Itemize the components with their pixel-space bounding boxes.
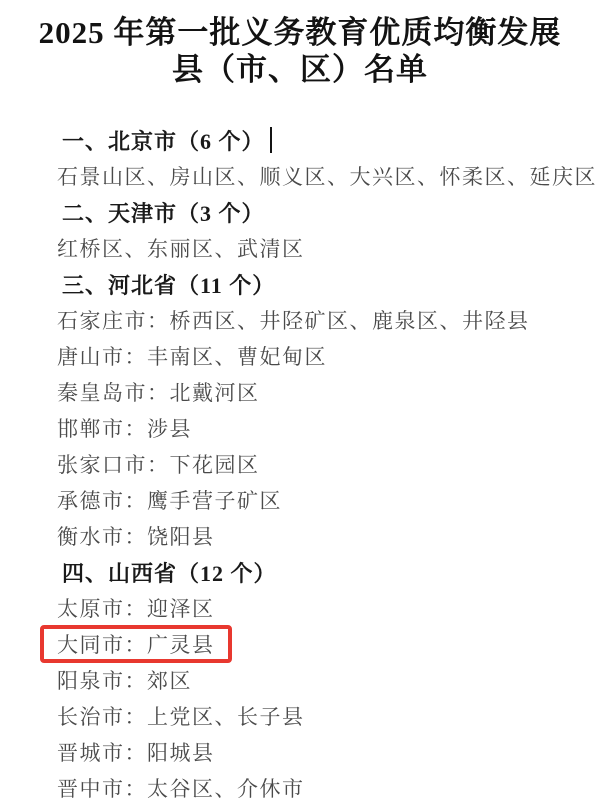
entry-jinzhong: 晋中市：太谷区、介休市 [0, 770, 600, 806]
entry-shijiazhuang: 石家庄市：桥西区、井陉矿区、鹿泉区、井陉县 [0, 302, 600, 338]
document-body: 一、北京市（6 个） 石景山区、房山区、顺义区、大兴区、怀柔区、延庆区 二、天津… [0, 122, 600, 806]
entry-qinhuangdao: 秦皇岛市：北戴河区 [0, 374, 600, 410]
entry-taiyuan: 太原市：迎泽区 [0, 590, 600, 626]
entry-yangquan: 阳泉市：郊区 [0, 662, 600, 698]
entry-text: 秦皇岛市：北戴河区 [57, 377, 260, 407]
entry-text: 唐山市：丰南区、曹妃甸区 [57, 341, 327, 371]
entry-chengde: 承德市：鹰手营子矿区 [0, 482, 600, 518]
section-heading-text: 三、河北省（11 个） [62, 269, 275, 300]
section-heading-shanxi: 四、山西省（12 个） [0, 554, 600, 590]
document-title: 2025 年第一批义务教育优质均衡发展 县（市、区）名单 [0, 14, 600, 88]
text-cursor [270, 127, 273, 153]
section-heading-text: 一、北京市（6 个） [62, 125, 265, 156]
entry-zhangjiakou: 张家口市：下花园区 [0, 446, 600, 482]
section-heading-text: 二、天津市（3 个） [62, 197, 265, 228]
section-heading-tianjin: 二、天津市（3 个） [0, 194, 600, 230]
entry-tianjin-districts: 红桥区、东丽区、武清区 [0, 230, 600, 266]
entry-text: 邯郸市：涉县 [57, 413, 192, 443]
title-line-2: 县（市、区）名单 [0, 51, 600, 88]
entry-text: 阳泉市：郊区 [57, 665, 192, 695]
entry-text: 长治市：上党区、长子县 [57, 701, 305, 731]
entry-text: 晋中市：太谷区、介休市 [57, 773, 305, 803]
entry-jincheng: 晋城市：阳城县 [0, 734, 600, 770]
entry-text: 大同市：广灵县 [57, 629, 215, 659]
entry-text: 太原市：迎泽区 [57, 593, 215, 623]
entry-text: 承德市：鹰手营子矿区 [57, 485, 282, 515]
entry-text: 衡水市：饶阳县 [57, 521, 215, 551]
entry-handan: 邯郸市：涉县 [0, 410, 600, 446]
entry-changzhi: 长治市：上党区、长子县 [0, 698, 600, 734]
document-page: 2025 年第一批义务教育优质均衡发展 县（市、区）名单 一、北京市（6 个） … [0, 0, 600, 810]
entry-text: 石景山区、房山区、顺义区、大兴区、怀柔区、延庆区 [57, 161, 597, 191]
entry-beijing-districts: 石景山区、房山区、顺义区、大兴区、怀柔区、延庆区 [0, 158, 600, 194]
entry-text: 晋城市：阳城县 [57, 737, 215, 767]
entry-text: 张家口市：下花园区 [57, 449, 260, 479]
entry-hengshui: 衡水市：饶阳县 [0, 518, 600, 554]
entry-datong-highlighted: 大同市：广灵县 [0, 626, 600, 662]
entry-tangshan: 唐山市：丰南区、曹妃甸区 [0, 338, 600, 374]
red-highlight-box: 大同市：广灵县 [40, 625, 232, 663]
entry-text: 红桥区、东丽区、武清区 [57, 233, 305, 263]
entry-text: 石家庄市：桥西区、井陉矿区、鹿泉区、井陉县 [57, 305, 530, 335]
section-heading-beijing: 一、北京市（6 个） [0, 122, 600, 158]
title-line-1: 2025 年第一批义务教育优质均衡发展 [0, 14, 600, 51]
section-heading-hebei: 三、河北省（11 个） [0, 266, 600, 302]
section-heading-text: 四、山西省（12 个） [62, 557, 277, 588]
